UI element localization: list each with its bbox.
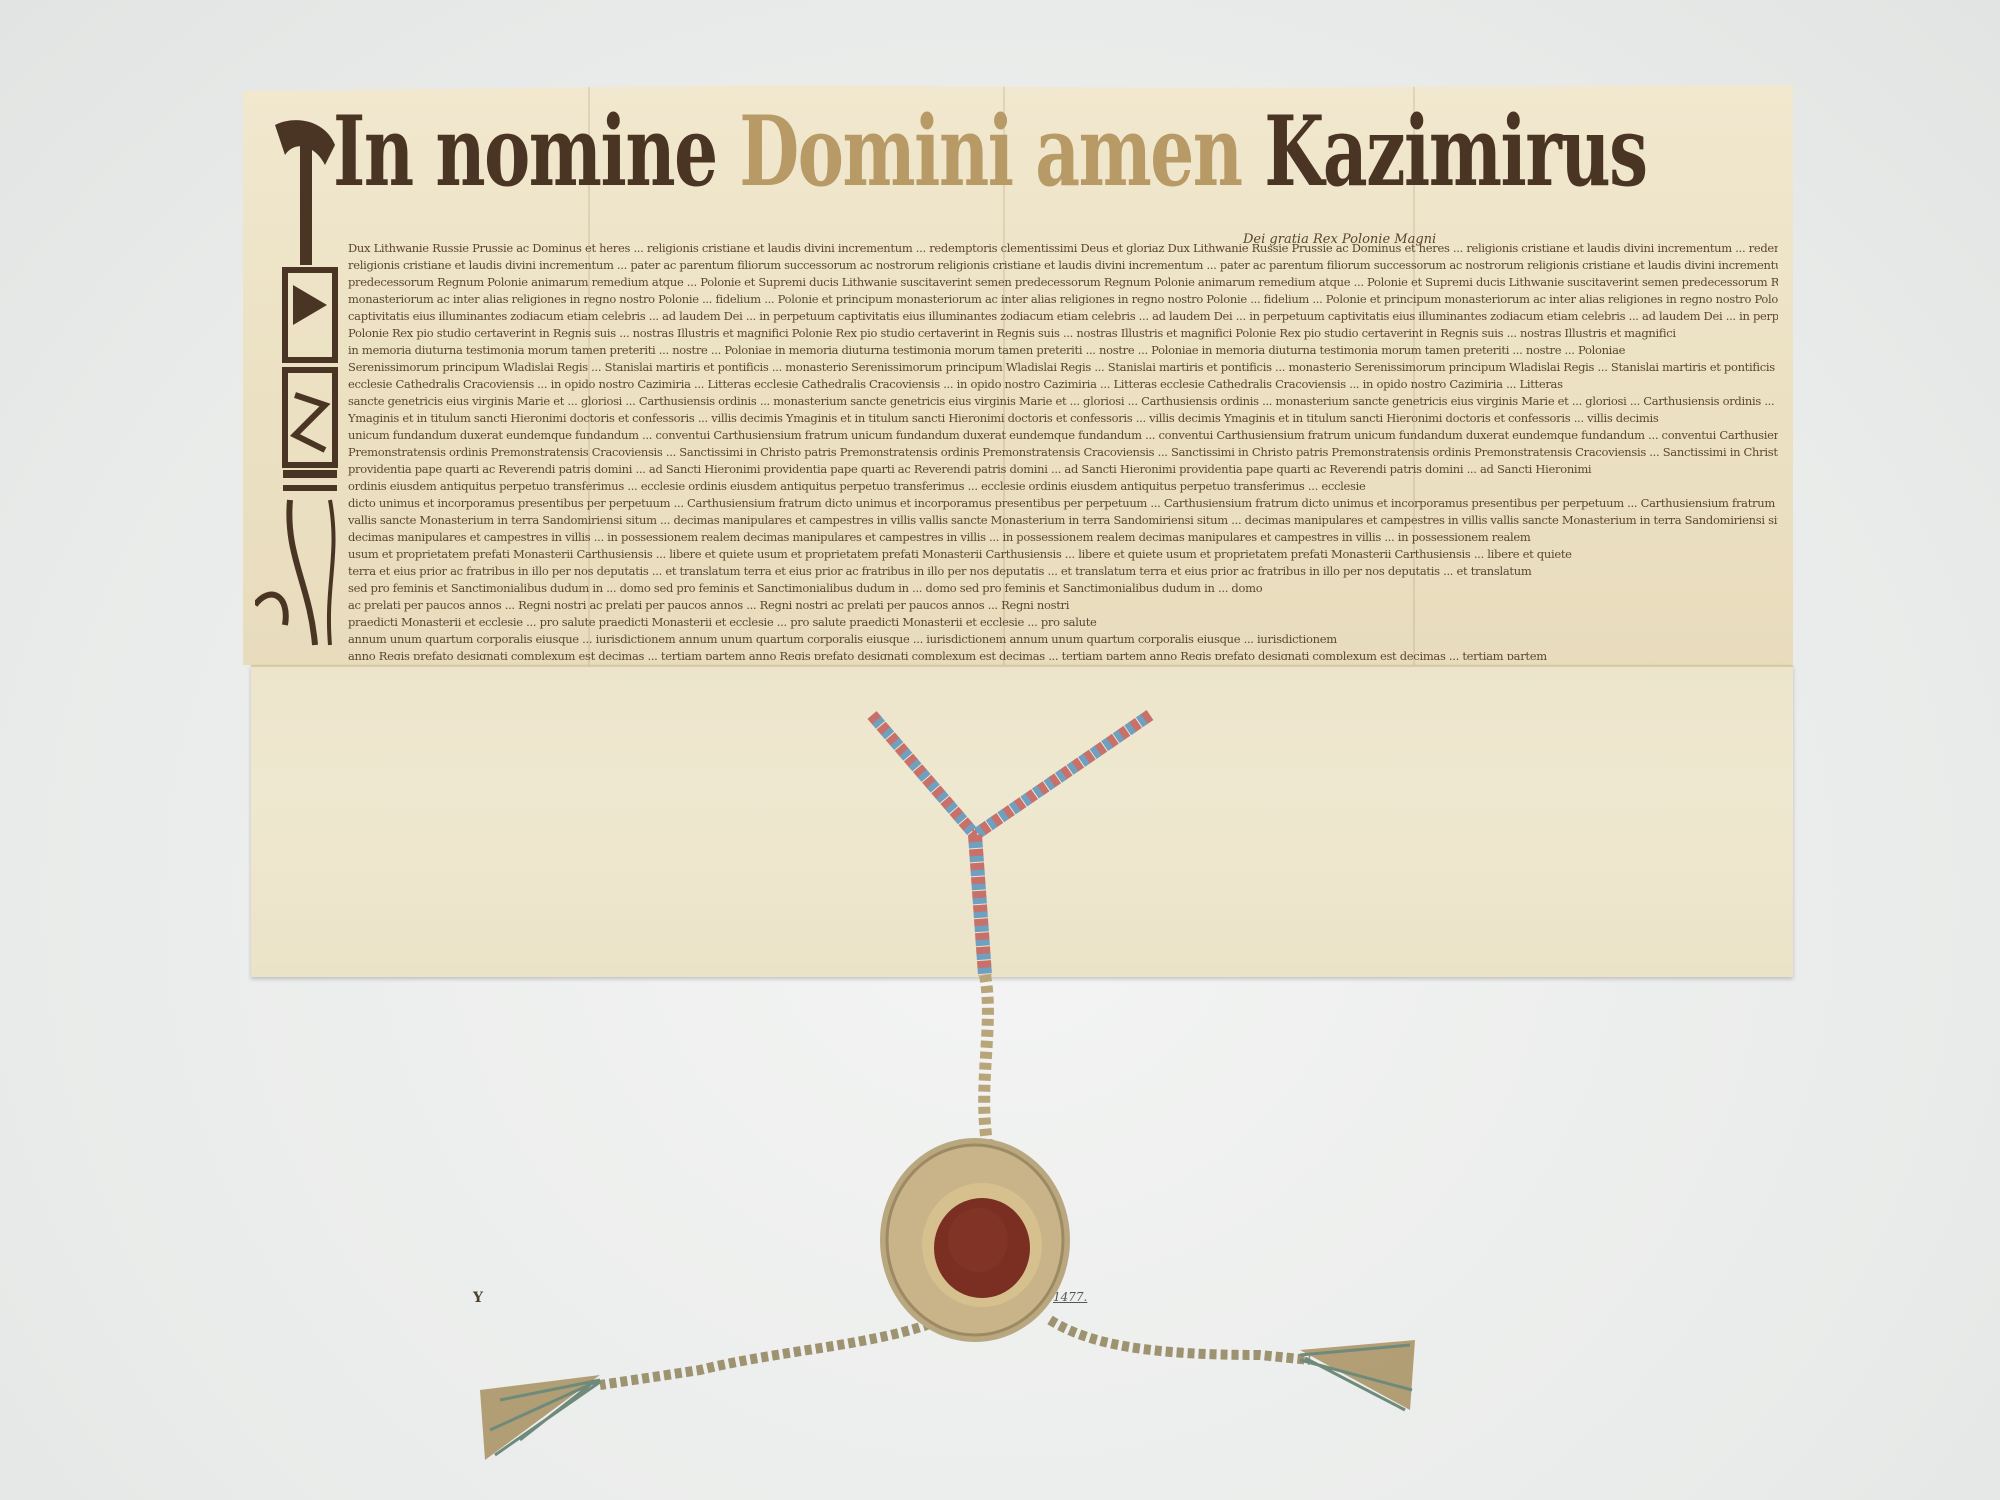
wax-seal-icon bbox=[880, 1138, 1070, 1342]
seal-cord-and-seal bbox=[0, 0, 2000, 1500]
tassel-left-icon bbox=[480, 1375, 600, 1460]
tassel-right-icon bbox=[1300, 1340, 1415, 1410]
